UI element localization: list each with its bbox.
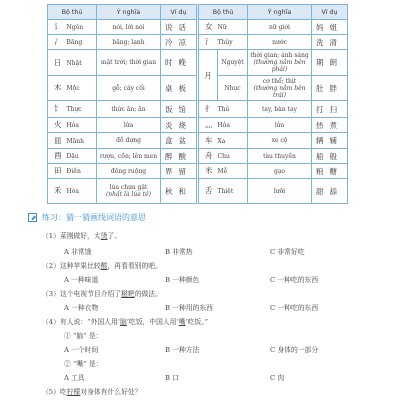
- question-text: ，再看看别的吧。: [108, 262, 162, 270]
- radical-cell: 讠Ngôn: [48, 20, 97, 35]
- radical-glyph: 日: [54, 58, 62, 67]
- example-cell: 洗清: [312, 35, 348, 50]
- meaning-note: (thường nằm bên phải): [248, 59, 311, 73]
- radical-name: Ngôn: [67, 24, 84, 31]
- table-row: 田Điền đồng ruộng 界留 米Mễ gạo 粮糖: [48, 164, 348, 179]
- radical-name: Mãnh: [67, 138, 84, 145]
- example-cell: 辆辅: [312, 133, 348, 149]
- radical-cell: 扌Thủ: [198, 101, 248, 118]
- option-b: B 一种颜色: [165, 274, 199, 284]
- option-c: C 一种吃的东西: [270, 274, 318, 284]
- radical-cell: 酉Dậu: [48, 149, 97, 164]
- meaning-cell: đồ dựng: [97, 133, 161, 149]
- radical-cell: 火Hỏa: [48, 118, 97, 133]
- exercise-title-text: 练习：猜一猜画线词语的意思: [42, 212, 146, 223]
- radical-cell: 舌Thiệt: [198, 179, 248, 204]
- radical-cell: 灬Hỏa: [198, 118, 248, 133]
- header-radical-right: Bộ thủ: [198, 5, 248, 20]
- example-cell: 界留: [161, 164, 198, 179]
- meaning-cell: nói, lời nói: [97, 20, 161, 35]
- question-text: ’吃饭。”: [185, 318, 208, 326]
- example-char: 清: [330, 39, 344, 46]
- example-char: 和: [179, 188, 193, 195]
- meaning-text: lúa chưa gặt: [97, 184, 160, 191]
- example-char: 桌: [165, 85, 179, 92]
- example-char: 秋: [165, 188, 179, 195]
- meaning-cell: lửa: [248, 118, 312, 133]
- question-text: 对身体有什么好处？: [80, 388, 141, 396]
- radical-cell: 冫Băng: [48, 35, 97, 50]
- radical-name: Điền: [67, 168, 81, 175]
- radical-cell: 女Nữ: [198, 20, 248, 35]
- radical-cell: 禾Hòa: [48, 179, 97, 204]
- radical-name: Thủy: [218, 39, 233, 46]
- radical-glyph: 皿: [54, 136, 62, 145]
- example-char: 留: [179, 168, 193, 175]
- option-c: C 肉: [270, 372, 284, 382]
- meaning-cell: lúa chưa gặt(nhất là lúa tẻ): [97, 179, 161, 204]
- option-a: A 工具: [64, 372, 85, 382]
- radical-name: Thiệt: [218, 188, 234, 195]
- example-char: 姐: [330, 24, 344, 31]
- exercise-title: 练习：猜一猜画线词语的意思: [28, 212, 146, 223]
- meaning-cell: đồng ruộng: [97, 164, 161, 179]
- question-text: 吃: [60, 388, 67, 396]
- question-number: （1）: [42, 232, 60, 240]
- question-text: 这个电视节目介绍了: [60, 290, 121, 298]
- example-char: 般: [330, 153, 344, 160]
- example-cell: 肚胖: [312, 76, 348, 101]
- example-char: 打: [316, 106, 330, 113]
- example-char: 醉: [165, 153, 179, 160]
- example-char: 热: [316, 122, 330, 129]
- radical-glyph: 木: [54, 83, 62, 92]
- radical-cell: 车Xa: [198, 133, 248, 149]
- radical-glyph: 酉: [54, 151, 62, 160]
- radical-glyph: 冫: [54, 37, 62, 46]
- underlined-word: 脑: [120, 318, 127, 326]
- option-b: B 一种用的东西: [165, 302, 213, 312]
- radical-glyph: 车: [205, 136, 213, 145]
- radical-name: Băng: [67, 39, 83, 46]
- example-cell: 秋和: [161, 179, 198, 204]
- radical-glyph: 舌: [205, 186, 213, 195]
- option-c: C 一种吃的东西: [270, 302, 318, 312]
- example-cell: 冷凉: [161, 35, 198, 50]
- example-cell: 妈姐: [312, 20, 348, 35]
- radical-name: Nhật: [67, 60, 82, 67]
- header-example: Ví dụ: [161, 5, 198, 20]
- example-cell: 说话: [161, 20, 198, 35]
- example-char: 冷: [165, 39, 179, 46]
- header-meaning: Ý nghĩa: [97, 5, 161, 20]
- example-char: 盒: [165, 137, 179, 144]
- underlined-word: 酸: [101, 262, 108, 270]
- option-a: A 一个时间: [64, 344, 98, 354]
- table-row: 冫Băng băng; lạnh 冷凉 氵Thủy nước 洗清: [48, 35, 348, 50]
- radical-glyph: 禾: [54, 186, 62, 195]
- table-row: 火Hỏa lửa 炎烧 灬Hỏa lửa 热煮: [48, 118, 348, 133]
- radical-table: Bộ thủ Ý nghĩa Ví dụ Bộ thủ Ý nghĩa Ví d…: [47, 4, 348, 204]
- option-c: C 非常好吃: [270, 246, 305, 256]
- meaning-cell: thức ăn; ăn: [97, 101, 161, 118]
- example-char: 饭: [165, 106, 179, 113]
- radical-glyph: 舟: [205, 151, 213, 160]
- radical-cell: 氵Thủy: [198, 35, 248, 50]
- radical-cell: 米Mễ: [198, 164, 248, 179]
- meaning-cell: rượu, cồn; lên men: [97, 149, 161, 164]
- example-char: 凉: [179, 39, 193, 46]
- radical-glyph: 米: [205, 166, 213, 175]
- radical-cell: 木Mộc: [48, 76, 97, 101]
- radical-name: Dậu: [67, 153, 79, 160]
- example-char: 煮: [330, 122, 344, 129]
- question-text: 有人说：“外国人用‘: [60, 318, 120, 326]
- meaning-cell: xe cộ: [248, 133, 312, 149]
- option-b: B 非常热: [165, 246, 193, 256]
- question-3: （3）这个电视节目介绍了糍粑的做法。: [42, 288, 162, 298]
- option-b: B 一种方法: [165, 344, 199, 354]
- radical-glyph: 扌: [205, 104, 213, 113]
- example-char: 糖: [330, 168, 344, 175]
- radical-name: Nguyệt: [218, 50, 248, 76]
- meaning-cell: lửa: [97, 118, 161, 133]
- example-char: 烧: [179, 122, 193, 129]
- example-char: 甜: [316, 188, 330, 195]
- question-text: 这种苹果比较: [60, 262, 101, 270]
- radical-cell: 日Nhật: [48, 50, 97, 76]
- example-cell: 时晚: [161, 50, 198, 76]
- radical-glyph: 讠: [54, 22, 62, 31]
- table-row: 禾Hòa lúa chưa gặt(nhất là lúa tẻ) 秋和 舌Th…: [48, 179, 348, 204]
- radical-cell: 田Điền: [48, 164, 97, 179]
- question-text: 菜刚做好，太: [60, 232, 101, 240]
- question-number: （5）: [42, 388, 60, 396]
- example-char: 时: [165, 59, 179, 66]
- meaning-note: (thường nằm bên trái): [248, 85, 311, 99]
- example-char: 盆: [179, 137, 193, 144]
- question-5: （5）吃柠檬对身体有什么好处？: [42, 386, 141, 396]
- pencil-icon: [28, 213, 37, 222]
- meaning-cell: gỗ; cây cối: [97, 76, 161, 101]
- radical-name: Xa: [218, 138, 226, 145]
- radical-cell: 皿Mãnh: [48, 133, 97, 149]
- example-char: 辆: [316, 137, 330, 144]
- radical-glyph: 女: [205, 22, 213, 31]
- radical-name: Thủ: [218, 106, 230, 113]
- table-row: 日Nhật mặt trời; thời gian 时晚 月 Nguyệt th…: [48, 50, 348, 76]
- example-char: 辅: [330, 137, 344, 144]
- radical-name: Mộc: [67, 85, 80, 92]
- example-char: 洗: [316, 39, 330, 46]
- meaning-cell: cơ thể; thịt(thường nằm bên trái): [248, 76, 312, 101]
- example-char: 酸: [179, 153, 193, 160]
- meaning-cell: băng; lạnh: [97, 35, 161, 50]
- example-char: 扫: [330, 106, 344, 113]
- underlined-word: 烫: [101, 232, 108, 240]
- example-char: 板: [179, 85, 193, 92]
- example-char: 晚: [179, 59, 193, 66]
- question-text: 的做法。: [135, 290, 162, 298]
- question-number: （4）: [42, 318, 60, 326]
- meaning-cell: tàu thuyền: [248, 149, 312, 164]
- option-a: A 一种衣物: [64, 302, 98, 312]
- example-char: 说: [165, 24, 179, 31]
- example-char: 馆: [179, 106, 193, 113]
- table-row: 饣Thực thức ăn; ăn 饭馆 扌Thủ tay, bàn tay 打…: [48, 101, 348, 118]
- radical-glyph: 饣: [54, 104, 62, 113]
- meaning-text: cơ thể; thịt: [248, 78, 311, 85]
- example-cell: 醉酸: [161, 149, 198, 164]
- example-char: 舔: [330, 188, 344, 195]
- header-radical: Bộ thủ: [48, 5, 97, 20]
- example-cell: 桌板: [161, 76, 198, 101]
- meaning-cell: nữ giới: [248, 20, 312, 35]
- option-a: A 一种味道: [64, 274, 98, 284]
- example-char: 炎: [165, 122, 179, 129]
- option-c: C 身体的一部分: [270, 344, 318, 354]
- question-number: （3）: [42, 290, 60, 298]
- radical-name: Thực: [67, 106, 82, 113]
- table-header-row: Bộ thủ Ý nghĩa Ví dụ Bộ thủ Ý nghĩa Ví d…: [48, 5, 348, 20]
- meaning-cell: lưỡi: [248, 179, 312, 204]
- underlined-word: 柠檬: [67, 388, 81, 396]
- example-char: 期: [316, 59, 330, 66]
- example-char: 界: [165, 168, 179, 175]
- table-row: 讠Ngôn nói, lời nói 说话 女Nữ nữ giới 妈姐: [48, 20, 348, 35]
- meaning-note: (nhất là lúa tẻ): [97, 191, 160, 198]
- question-text: 了。: [108, 232, 122, 240]
- radical-glyph: 田: [54, 166, 62, 175]
- question-number: （2）: [42, 262, 60, 270]
- header-meaning-right: Ý nghĩa: [248, 5, 312, 20]
- option-a: A 非常饿: [64, 246, 91, 256]
- underlined-word: 糍粑: [121, 290, 135, 298]
- radical-name: Nữ: [218, 24, 227, 31]
- example-char: 粮: [316, 168, 330, 175]
- radical-glyph: 灬: [205, 120, 213, 129]
- example-char: 胖: [330, 85, 344, 92]
- example-char: 肚: [316, 85, 330, 92]
- example-cell: 船般: [312, 149, 348, 164]
- radical-glyph-moon: 月: [198, 50, 218, 101]
- meaning-cell: thời gian; ánh sáng(thường nằm bên phải): [248, 50, 312, 76]
- example-char: 妈: [316, 24, 330, 31]
- radical-name: Hỏa: [218, 122, 230, 129]
- radical-name: Hòa: [67, 188, 79, 195]
- example-cell: 盒盆: [161, 133, 198, 149]
- table-row: 酉Dậu rượu, cồn; lên men 醉酸 舟Chu tàu thuy…: [48, 149, 348, 164]
- option-b: B 口: [165, 372, 179, 382]
- example-cell: 粮糖: [312, 164, 348, 179]
- example-cell: 饭馆: [161, 101, 198, 118]
- meaning-cell: gạo: [248, 164, 312, 179]
- question-2: （2）这种苹果比较酸，再看看别的吧。: [42, 260, 162, 270]
- meaning-text: thời gian; ánh sáng: [248, 52, 311, 59]
- radical-glyph: 氵: [205, 37, 213, 46]
- radical-name: Mễ: [218, 168, 228, 175]
- example-char: 朗: [330, 59, 344, 66]
- radical-name: Hỏa: [67, 122, 79, 129]
- radical-name: Nhục: [218, 76, 248, 101]
- radical-name: Chu: [218, 153, 230, 160]
- radical-cell: 饣Thực: [48, 101, 97, 118]
- example-cell: 打扫: [312, 101, 348, 118]
- example-char: 话: [179, 24, 193, 31]
- radical-glyph: 火: [54, 120, 62, 129]
- sub-question-1: ① “脑” 是：: [64, 330, 102, 340]
- example-char: 船: [316, 153, 330, 160]
- example-cell: 热煮: [312, 118, 348, 133]
- meaning-cell: tay, bàn tay: [248, 101, 312, 118]
- radical-cell: 舟Chu: [198, 149, 248, 164]
- question-1: （1）菜刚做好，太烫了。: [42, 230, 121, 240]
- table-row: 皿Mãnh đồ dựng 盒盆 车Xa xe cộ 辆辅: [48, 133, 348, 149]
- meaning-cell: mặt trời; thời gian: [97, 50, 161, 76]
- question-text: ’吃饭，中国人用‘: [127, 318, 179, 326]
- sub-question-2: ② “嘴” 是：: [64, 358, 102, 368]
- example-cell: 甜舔: [312, 179, 348, 204]
- question-4: （4）有人说：“外国人用‘脑’吃饭，中国人用‘嘴’吃饭。”: [42, 316, 208, 326]
- example-cell: 期朗: [312, 50, 348, 76]
- example-cell: 炎烧: [161, 118, 198, 133]
- header-example-right: Ví dụ: [312, 5, 348, 20]
- meaning-cell: nước: [248, 35, 312, 50]
